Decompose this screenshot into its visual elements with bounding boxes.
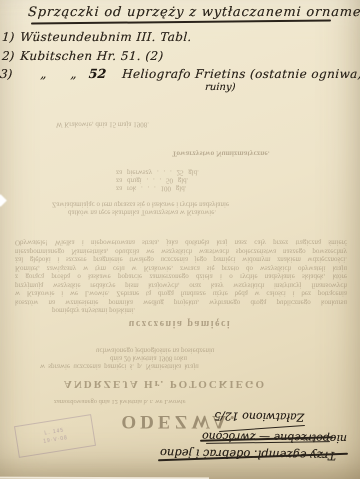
showthrough-paragraph-line: żal głęboki i szczere pragnienie trwałeg… — [15, 255, 347, 263]
handwritten-heading: Sprzączki od uprzęży z wytłaczanemi orna… — [28, 6, 360, 19]
showthrough-resolution-line: dnia 20 kwietnia 1908 roku — [110, 354, 187, 362]
ditto-mark: „ — [40, 67, 47, 81]
showthrough-paragraph-line: Obywatele! Wielka i niepowetowana strata… — [15, 238, 347, 246]
showthrough-paragraph-line: przyjmują wszystkie redakcye pism krajow… — [15, 281, 347, 289]
showthrough-paragraph-line: Komitet, zawiązany w tym celu w Krakowie… — [15, 264, 347, 272]
showthrough-paragraph-line: niezapomnianego Namiestnika, obudziła we… — [15, 247, 347, 255]
showthrough-subtitle-line: zamordowanego dnia 12 kwietnia b. r. we … — [54, 398, 186, 405]
showthrough-resolution-line: uchwalonego jednogłośnie na posiedzeniu — [96, 346, 214, 354]
showthrough-paragraph-line: pomiędzy artystami polskimi. — [52, 306, 135, 314]
ditto-mark: „ — [70, 67, 77, 81]
showthrough-resolution-line: w sprawie uczczenia pamięci ś. p. Namies… — [40, 362, 199, 370]
document-page: Sprzączki od uprzęży z wytłaczanemi orna… — [0, 0, 360, 479]
handwritten-item-3-continuation: ruiny) — [205, 83, 236, 93]
item-text: Kubitschen Hr. 51. (2) — [20, 49, 164, 63]
showthrough-society-line: Towarzystwo Numizmatyczne. — [172, 149, 270, 157]
showthrough-dateline: W Krakowie, dnia 15 maja 1908. — [56, 120, 149, 128]
item-number: 3) — [0, 68, 13, 80]
showthrough-bold-phrase: uczczenia pamięci — [0, 318, 360, 329]
showthrough-tariff-line: za rok . . . 100 gld. — [116, 184, 187, 192]
showthrough-paragraph-line: w Krakowie i we Lwowie. Zebrane tą drogą… — [15, 289, 347, 297]
showthrough-paragraph-line: z gorącą prośbą o łaskawe poparcie zamie… — [15, 272, 347, 280]
showthrough-tariff-line: za pierwszy . . . 25 gld. — [116, 168, 199, 176]
item-text: Heliografo Frietins (ostatnie ogniwa, — [122, 67, 360, 81]
paper-nick — [0, 194, 7, 207]
item-number: 1) — [2, 31, 15, 43]
handwritten-annotation: Załatwiono 12/5 — [214, 410, 304, 423]
item-catalog-number: 52 — [88, 66, 106, 81]
stamp-illegible-text: 19·V·08 — [43, 435, 68, 445]
showthrough-notice-line: datków na ręce skarbnika Towarzystwa w K… — [68, 208, 216, 216]
handwritten-item-1: 1)Wüsteundeubnim III. Tabl. — [2, 31, 193, 43]
showthrough-notice-line: Zawiadamiając o tem uprasza się o łaskaw… — [52, 200, 229, 208]
showthrough-tariff-line: za drugi . . . 50 gld. — [116, 176, 188, 184]
handwritten-item-3: 3)„„52Heliografo Frietins (ostatnie ogni… — [0, 68, 360, 81]
showthrough-addressee-name: ANDRZEJA Hr. POTOCKIEGO — [0, 378, 330, 390]
handwritten-item-2: 2)Kubitschen Hr. 51. (2) — [2, 50, 164, 62]
micro-print: —·—·— — [152, 21, 165, 25]
showthrough-paragraph-line: kosztów na wzniesienie pomnika według pr… — [15, 298, 347, 306]
item-number: 2) — [2, 50, 15, 62]
item-text: Wüsteundeubnim III. Tabl. — [20, 30, 192, 44]
